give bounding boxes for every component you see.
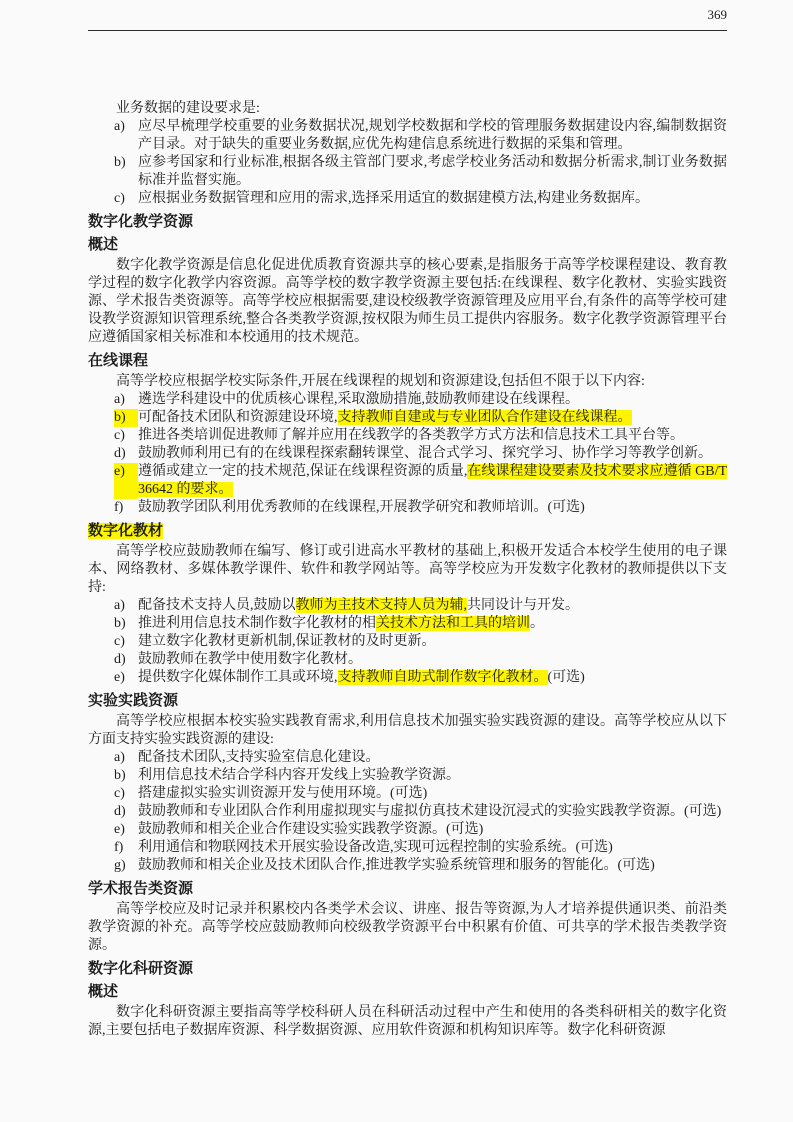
highlighted-text-run: 教师为主技术支持人员为辅, [296,598,468,613]
list-item: e)鼓励教师和相关企业合作建设实验实践教学资源。(可选) [88,821,727,839]
list-item: b)应参考国家和行业标准,根据各级主管部门要求,考虑学校业务活动和数据分析需求,… [88,154,727,190]
list-item-label: a) [114,597,138,615]
text-run: 利用信息技术结合学科内容开发线上实验教学资源。 [138,768,460,783]
paragraph: 高等学校应根据本校实验实践教育需求,利用信息技术加强实验实践资源的建设。高等学校… [88,713,727,749]
text-run: 应参考国家和行业标准,根据各级主管部门要求,考虑学校业务活动和数据分析需求,制订… [138,155,727,188]
paragraph: 高等学校应鼓励教师在编写、修订或引进高水平教材的基础上,积极开发适合本校学生使用… [88,543,727,597]
list-item-text: 建立数字化教材更新机制,保证教材的及时更新。 [138,633,727,651]
list-item: b)利用信息技术结合学科内容开发线上实验教学资源。 [88,767,727,785]
list-item: c)建立数字化教材更新机制,保证教材的及时更新。 [88,633,727,651]
highlighted-heading-text: 数字化教材 [88,523,163,539]
section-heading: 概述 [88,236,727,254]
list-item-text: 鼓励教师利用已有的在线课程探索翻转课堂、混合式学习、探究学习、协作学习等教学创新… [138,445,727,463]
list-item-text: 鼓励教师和专业团队合作利用虚拟现实与虚拟仿真技术建设沉浸式的实验实践教学资源。(… [138,803,727,821]
section-heading: 数字化科研资源 [88,960,727,978]
list-item-label: d) [114,803,138,821]
list-item: c)搭建虚拟实验实训资源开发与使用环境。(可选) [88,785,727,803]
text-run: 鼓励教学团队利用优秀教师的在线课程,开展教学研究和教师培训。(可选) [138,500,585,515]
paragraph: 数字化科研资源主要指高等学校科研人员在科研活动过程中产生和使用的各类科研相关的数… [88,1004,727,1040]
highlighted-text-run: 关技术方法和工具的培训 [376,616,530,631]
section-heading: 实验实践资源 [88,692,727,710]
list-item-text: 鼓励教师和相关企业合作建设实验实践教学资源。(可选) [138,821,727,839]
highlighted-list-item-label: b) [114,409,138,427]
list-item-text: 鼓励教师和相关企业及技术团队合作,推进教学实验系统管理和服务的智能化。(可选) [138,857,727,875]
list-item: a)配备技术支持人员,鼓励以教师为主技术支持人员为辅,共同设计与开发。 [88,597,727,615]
text-run: 应根据业务数据管理和应用的需求,选择采用适宜的数据建模方法,构建业务数据库。 [138,191,649,206]
heading-text: 概述 [88,984,118,1000]
section-heading: 学术报告类资源 [88,880,727,898]
text-run: 配备技术团队,支持实验室信息化建设。 [138,750,380,765]
section-heading: 概述 [88,983,727,1001]
text-run: 遴选学科建设中的优质核心课程,采取激励措施,鼓励教师建设在线课程。 [138,392,579,407]
list-item: b)推进利用信息技术制作数字化教材的相关技术方法和工具的培训。 [88,615,727,633]
list-item: g)鼓励教师和相关企业及技术团队合作,推进教学实验系统管理和服务的智能化。(可选… [88,857,727,875]
list-item-label: g) [114,857,138,875]
list-item-text: 搭建虚拟实验实训资源开发与使用环境。(可选) [138,785,727,803]
list-item-text: 可配备技术团队和资源建设环境,支持教师自建或与专业团队合作建设在线课程。 [138,409,727,427]
text-run: 配备技术支持人员,鼓励以 [138,598,296,613]
list-item: b)可配备技术团队和资源建设环境,支持教师自建或与专业团队合作建设在线课程。 [88,409,727,427]
list-item-text: 推进利用信息技术制作数字化教材的相关技术方法和工具的培训。 [138,615,727,633]
list-item-text: 配备技术团队,支持实验室信息化建设。 [138,749,727,767]
list-item-label: b) [114,154,138,190]
text-run: 建立数字化教材更新机制,保证教材的及时更新。 [138,634,436,649]
list-item: c)应根据业务数据管理和应用的需求,选择采用适宜的数据建模方法,构建业务数据库。 [88,190,727,208]
list-item-text: 推进各类培训促进教师了解并应用在线教学的各类教学方式方法和信息技术工具平台等。 [138,427,727,445]
highlighted-text-run: 支持教师自助式制作数字化教材。 [338,670,548,685]
text-run: 可配备技术团队和资源建设环境, [138,410,338,425]
list-item: d)鼓励教师利用已有的在线课程探索翻转课堂、混合式学习、探究学习、协作学习等教学… [88,445,727,463]
text-run: 共同设计与开发。 [467,598,579,613]
list-item: e)遵循或建立一定的技术规范,保证在线课程资源的质量,在线课程建设要素及技术要求… [88,463,727,499]
text-run: 遵循或建立一定的技术规范,保证在线课程资源的质量, [138,464,467,479]
highlighted-text-run: 支持教师自建或与专业团队合作建设在线课程。 [338,410,632,425]
list-item: d)鼓励教师在教学中使用数字化教材。 [88,651,727,669]
text-run: 搭建虚拟实验实训资源开发与使用环境。(可选) [138,786,427,801]
paragraph: 高等学校应根据学校实际条件,开展在线课程的规划和资源建设,包括但不限于以下内容: [88,373,727,391]
text-run: 提供数字化媒体制作工具或环境, [138,670,338,685]
list-item-label: c) [114,785,138,803]
section-heading: 数字化教材 [88,522,727,540]
list-item: d)鼓励教师和专业团队合作利用虚拟现实与虚拟仿真技术建设沉浸式的实验实践教学资源… [88,803,727,821]
heading-text: 数字化教学资源 [88,214,193,230]
list-item-label: a) [114,118,138,154]
text-run: 应尽早梳理学校重要的业务数据状况,规划学校数据和学校的管理服务数据建设内容,编制… [138,119,727,152]
highlighted-list-item-label: e) [114,463,138,499]
text-run: 鼓励教师和专业团队合作利用虚拟现实与虚拟仿真技术建设沉浸式的实验实践教学资源。(… [138,804,721,819]
text-run: 推进各类培训促进教师了解并应用在线教学的各类教学方式方法和信息技术工具平台等。 [138,428,684,443]
text-run: 鼓励教师在教学中使用数字化教材。 [138,652,362,667]
list-item: e)提供数字化媒体制作工具或环境,支持教师自助式制作数字化教材。(可选) [88,669,727,687]
list-item-text: 遴选学科建设中的优质核心课程,采取激励措施,鼓励教师建设在线课程。 [138,391,727,409]
list-item-label: c) [114,190,138,208]
heading-text: 概述 [88,237,118,253]
list-item-label: e) [114,821,138,839]
paragraph: 高等学校应及时记录并积累校内各类学术会议、讲座、报告等资源,为人才培养提供通识类… [88,901,727,955]
list-item-label: d) [114,445,138,463]
list-item: a)配备技术团队,支持实验室信息化建设。 [88,749,727,767]
heading-text: 实验实践资源 [88,693,178,709]
list-item-text: 利用通信和物联网技术开展实验设备改造,实现可远程控制的实验系统。(可选) [138,839,727,857]
page-header: 369 [0,0,793,22]
list-item-text: 应根据业务数据管理和应用的需求,选择采用适宜的数据建模方法,构建业务数据库。 [138,190,727,208]
list-item-text: 鼓励教学团队利用优秀教师的在线课程,开展教学研究和教师培训。(可选) [138,499,727,517]
page-number: 369 [708,7,728,22]
heading-text: 数字化科研资源 [88,961,193,977]
list-item: a)应尽早梳理学校重要的业务数据状况,规划学校数据和学校的管理服务数据建设内容,… [88,118,727,154]
section-heading: 在线课程 [88,352,727,370]
list-item-text: 应尽早梳理学校重要的业务数据状况,规划学校数据和学校的管理服务数据建设内容,编制… [138,118,727,154]
list-item: a)遴选学科建设中的优质核心课程,采取激励措施,鼓励教师建设在线课程。 [88,391,727,409]
list-item: f)利用通信和物联网技术开展实验设备改造,实现可远程控制的实验系统。(可选) [88,839,727,857]
list-item-text: 遵循或建立一定的技术规范,保证在线课程资源的质量,在线课程建设要素及技术要求应遵… [138,463,727,499]
list-item-label: c) [114,427,138,445]
text-run: 利用通信和物联网技术开展实验设备改造,实现可远程控制的实验系统。(可选) [138,840,613,855]
list-item-text: 应参考国家和行业标准,根据各级主管部门要求,考虑学校业务活动和数据分析需求,制订… [138,154,727,190]
document-content: 业务数据的建设要求是:a)应尽早梳理学校重要的业务数据状况,规划学校数据和学校的… [0,31,793,1040]
list-item-label: a) [114,749,138,767]
text-run: 鼓励教师和相关企业及技术团队合作,推进教学实验系统管理和服务的智能化。(可选) [138,858,655,873]
paragraph: 数字化教学资源是信息化促进优质教育资源共享的核心要素,是指服务于高等学校课程建设… [88,257,727,347]
list-item-label: a) [114,391,138,409]
list-item-label: b) [114,767,138,785]
text-run: 鼓励教师和相关企业合作建设实验实践教学资源。(可选) [138,822,483,837]
list-item: f)鼓励教学团队利用优秀教师的在线课程,开展教学研究和教师培训。(可选) [88,499,727,517]
text-run: 。 [530,616,544,631]
document-page: 369 业务数据的建设要求是:a)应尽早梳理学校重要的业务数据状况,规划学校数据… [0,0,793,1122]
list-item-label: f) [114,499,138,517]
list-item-label: e) [114,669,138,687]
text-run: (可选) [548,670,585,685]
heading-text: 学术报告类资源 [88,881,193,897]
list-item-text: 利用信息技术结合学科内容开发线上实验教学资源。 [138,767,727,785]
list-item-text: 提供数字化媒体制作工具或环境,支持教师自助式制作数字化教材。(可选) [138,669,727,687]
list-item-label: b) [114,615,138,633]
list-item-text: 鼓励教师在教学中使用数字化教材。 [138,651,727,669]
paragraph: 业务数据的建设要求是: [88,100,727,118]
text-run: 推进利用信息技术制作数字化教材的相 [138,616,376,631]
list-item-text: 配备技术支持人员,鼓励以教师为主技术支持人员为辅,共同设计与开发。 [138,597,727,615]
list-item-label: f) [114,839,138,857]
list-item-label: c) [114,633,138,651]
section-heading: 数字化教学资源 [88,213,727,231]
list-item-label: d) [114,651,138,669]
heading-text: 在线课程 [88,353,148,369]
list-item: c)推进各类培训促进教师了解并应用在线教学的各类教学方式方法和信息技术工具平台等… [88,427,727,445]
text-run: 鼓励教师利用已有的在线课程探索翻转课堂、混合式学习、探究学习、协作学习等教学创新… [138,446,712,461]
